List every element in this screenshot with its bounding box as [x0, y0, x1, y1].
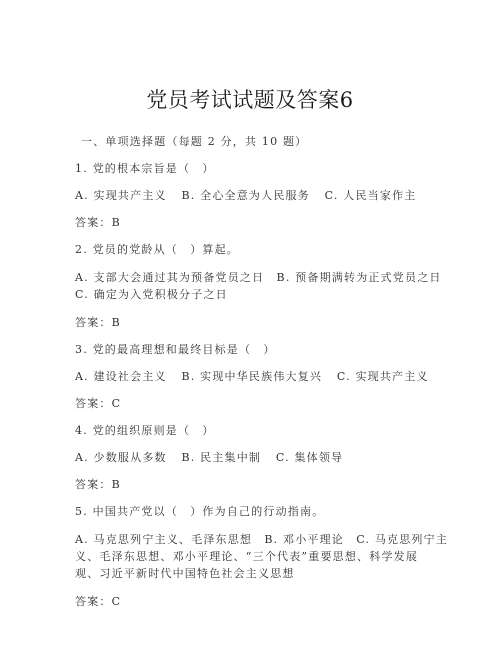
- section-heading: 一、单项选择题（每题 2 分，共 10 题）: [81, 134, 430, 149]
- option-b: B. 民主集中制: [181, 451, 261, 464]
- page-title: 党员考试试题及答案6: [0, 84, 500, 114]
- question-1-answer: 答案：B: [75, 215, 430, 230]
- question-text: 党的组织原则是（ ）: [93, 424, 215, 437]
- option-c: C. 实现共产主义: [337, 370, 429, 383]
- question-5-answer: 答案：C: [75, 594, 430, 609]
- option-a: A. 少数服从多数: [75, 451, 167, 464]
- document-page: 党员考试试题及答案6 一、单项选择题（每题 2 分，共 10 题） 1. 党的根…: [0, 0, 500, 647]
- options-line: C. 确定为入党积极分子之日: [75, 286, 430, 303]
- question-3-answer: 答案：C: [75, 396, 430, 411]
- question-number: 4.: [75, 424, 88, 437]
- question-number: 1.: [75, 162, 88, 175]
- question-1: 1. 党的根本宗旨是（ ）: [75, 161, 430, 176]
- option-c: C. 人民当家作主: [325, 189, 417, 202]
- question-number: 5.: [75, 505, 88, 518]
- question-5: 5. 中国共产党以（ ）作为自己的行动指南。: [75, 504, 430, 519]
- question-5-options: A. 马克思列宁主义、毛泽东思想 B. 邓小平理论 C. 马克思列宁主 义、毛泽…: [75, 531, 430, 582]
- question-3-options: A. 建设社会主义 B. 实现中华民族伟大复兴 C. 实现共产主义: [75, 369, 430, 384]
- options-line: A. 马克思列宁主义、毛泽东思想 B. 邓小平理论 C. 马克思列宁主: [75, 531, 430, 548]
- question-text: 中国共产党以（ ）作为自己的行动指南。: [93, 505, 325, 518]
- option-b: B. 实现中华民族伟大复兴: [181, 370, 322, 383]
- question-text: 党的最高理想和最终目标是（ ）: [93, 343, 276, 356]
- option-b: B. 全心全意为人民服务: [181, 189, 309, 202]
- question-4: 4. 党的组织原则是（ ）: [75, 423, 430, 438]
- option-c: C. 集体领导: [276, 451, 343, 464]
- question-number: 2.: [75, 243, 88, 256]
- options-line: 义、毛泽东思想、邓小平理论、“三个代表”重要思想、科学发展: [75, 548, 430, 565]
- question-text: 党的根本宗旨是（ ）: [93, 162, 215, 175]
- question-2: 2. 党员的党龄从（ ）算起。: [75, 242, 430, 257]
- option-a: A. 实现共产主义: [75, 189, 167, 202]
- question-number: 3.: [75, 343, 88, 356]
- options-line: 观、习近平新时代中国特色社会主义思想: [75, 565, 430, 582]
- question-2-options: A. 支部大会通过其为预备党员之日 B. 预备期满转为正式党员之日 C. 确定为…: [75, 269, 430, 303]
- question-3: 3. 党的最高理想和最终目标是（ ）: [75, 342, 430, 357]
- question-4-options: A. 少数服从多数 B. 民主集中制 C. 集体领导: [75, 450, 430, 465]
- question-4-answer: 答案：B: [75, 477, 430, 492]
- document-body: 一、单项选择题（每题 2 分，共 10 题） 1. 党的根本宗旨是（ ） A. …: [75, 134, 430, 621]
- options-line: A. 支部大会通过其为预备党员之日 B. 预备期满转为正式党员之日: [75, 269, 430, 286]
- question-2-answer: 答案：B: [75, 315, 430, 330]
- option-a: A. 建设社会主义: [75, 370, 167, 383]
- question-1-options: A. 实现共产主义 B. 全心全意为人民服务 C. 人民当家作主: [75, 188, 430, 203]
- question-text: 党员的党龄从（ ）算起。: [93, 243, 239, 256]
